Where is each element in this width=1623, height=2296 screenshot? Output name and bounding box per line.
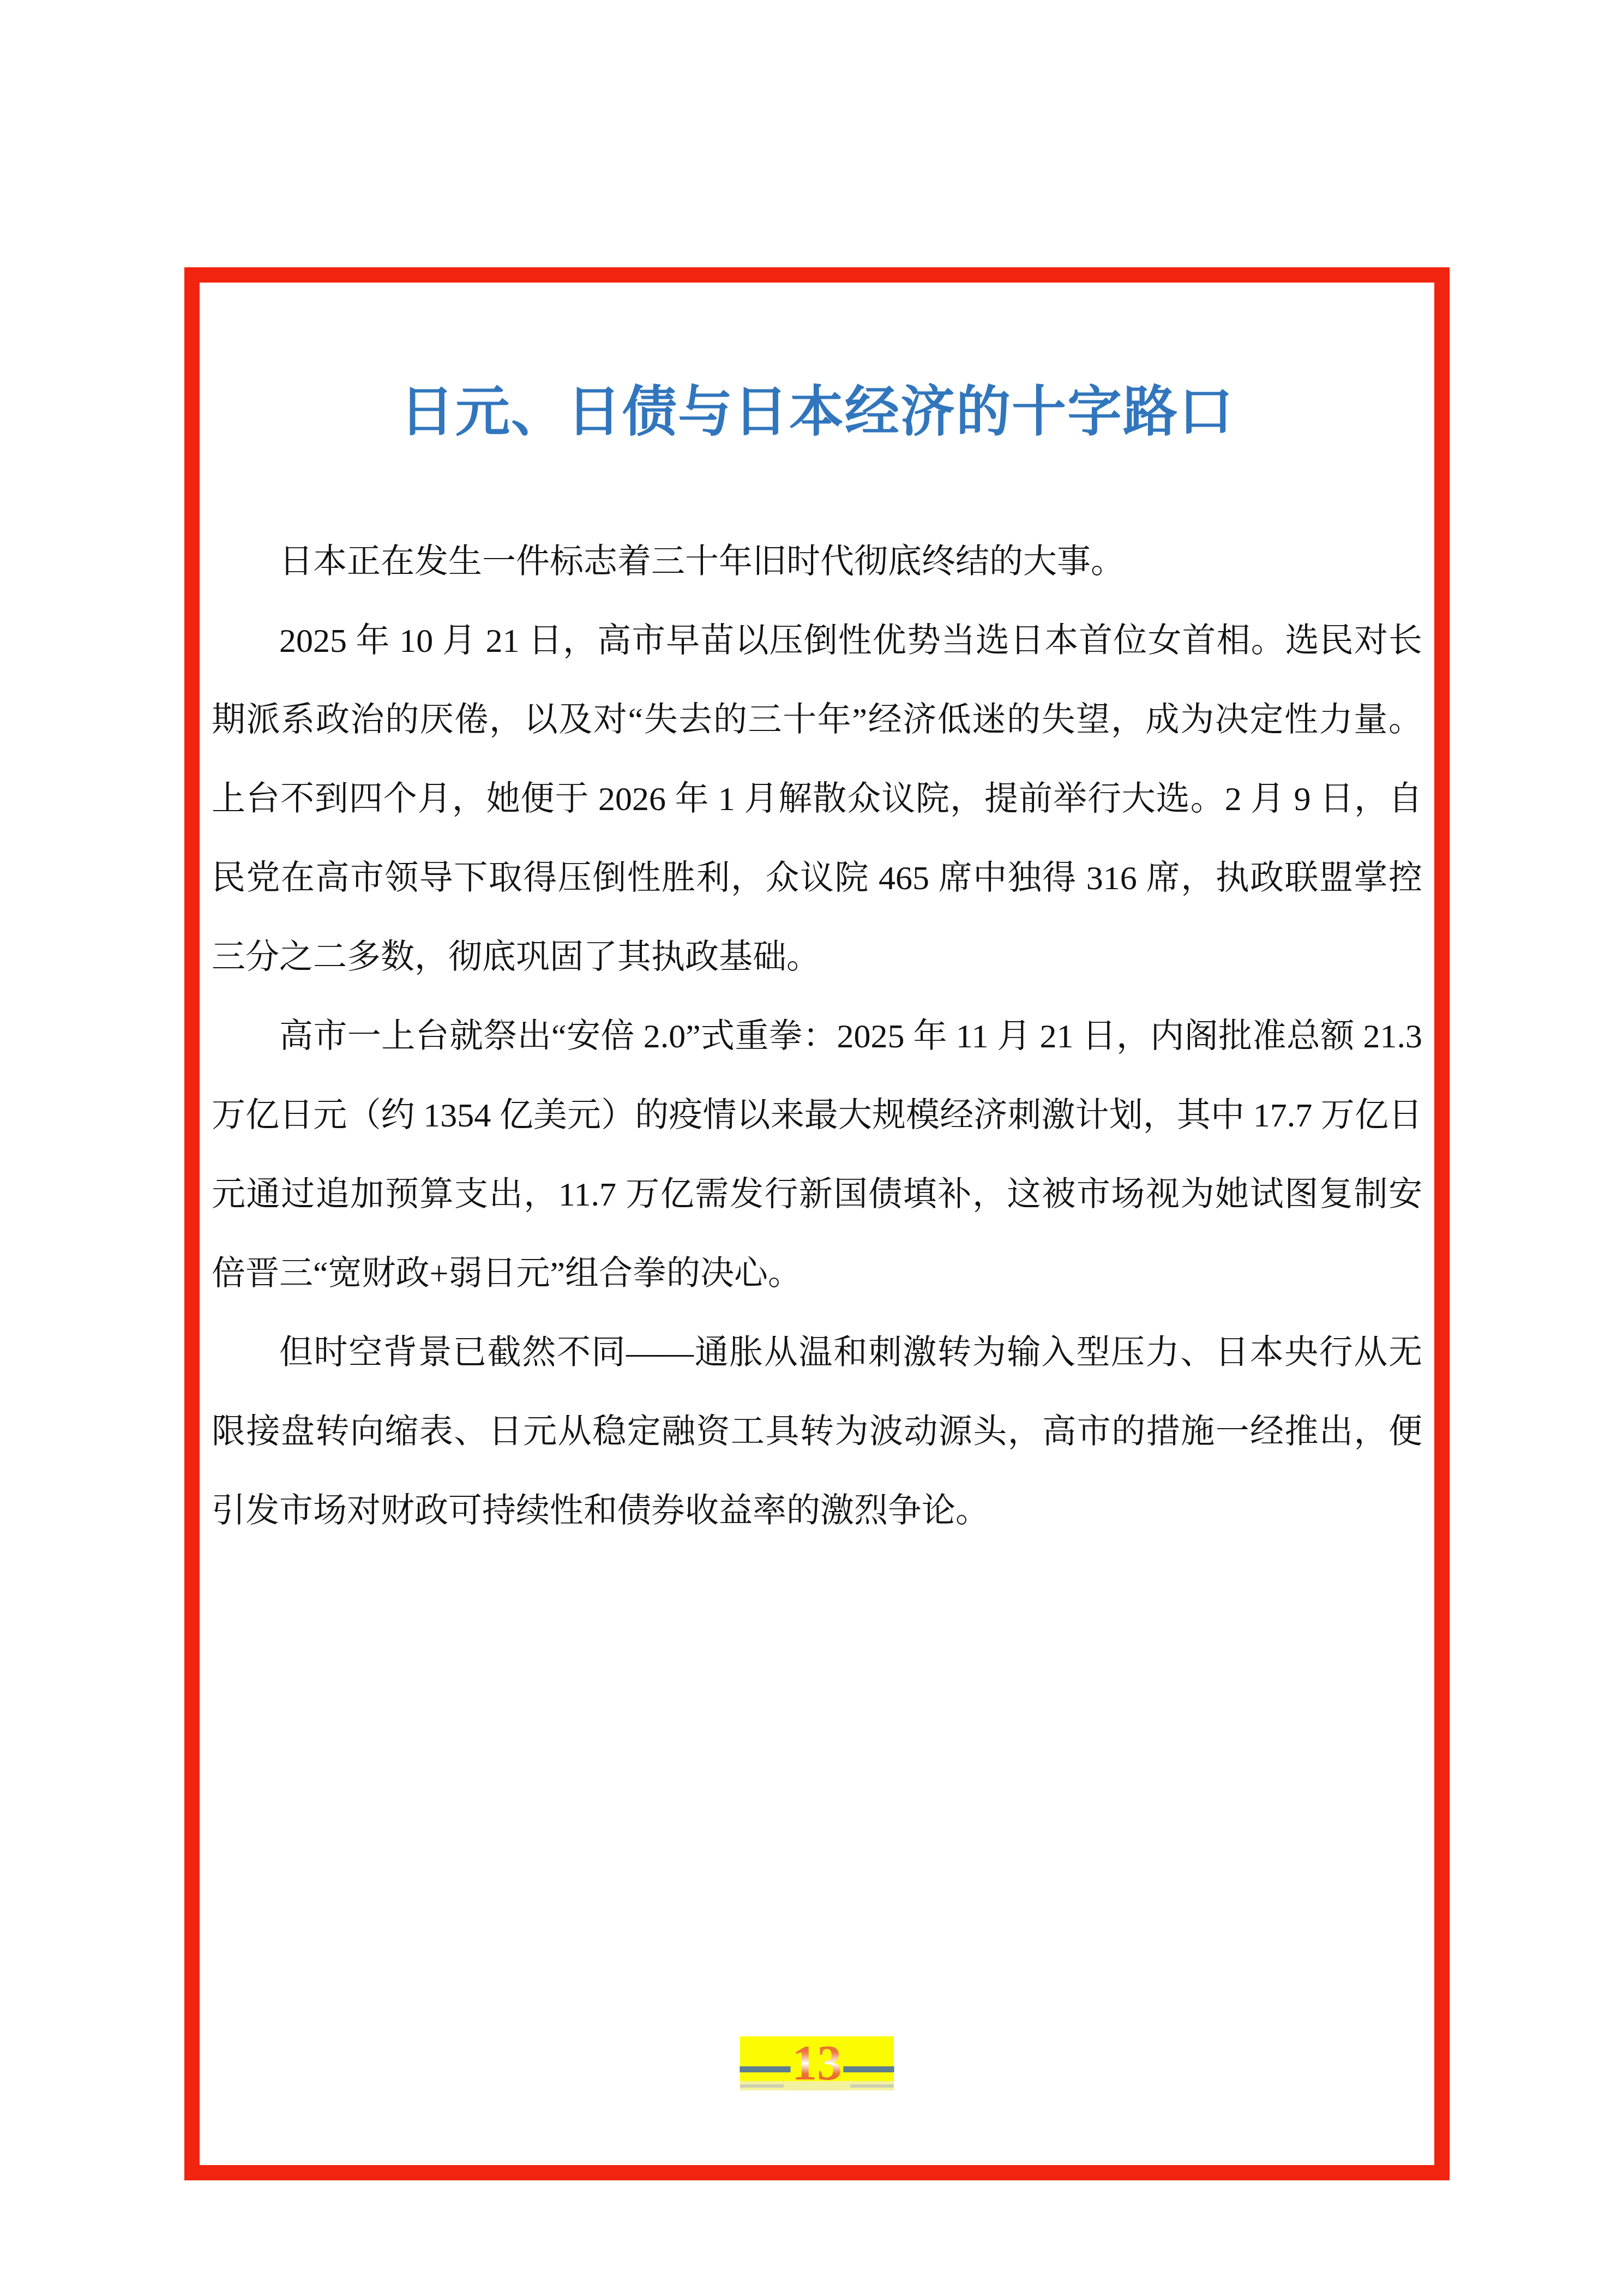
paragraph-election: 2025 年 10 月 21 日，高市早苗以压倒性优势当选日本首位女首相。选民对… [212, 602, 1422, 997]
paragraph-contrast: 但时空背景已截然不同——通胀从温和刺激转为输入型压力、日本央行从无限接盘转向缩表… [212, 1314, 1422, 1551]
red-page-border: 日元、日债与日本经济的十字路口 日本正在发生一件标志着三十年旧时代彻底终结的大事… [184, 267, 1450, 2180]
page-number: 13 [792, 2037, 842, 2088]
article-body: 日本正在发生一件标志着三十年旧时代彻底终结的大事。 2025 年 10 月 21… [200, 523, 1434, 1551]
paragraph-intro: 日本正在发生一件标志着三十年旧时代彻底终结的大事。 [212, 523, 1422, 602]
document-page: 日元、日债与日本经济的十字路口 日本正在发生一件标志着三十年旧时代彻底终结的大事… [0, 0, 1623, 2296]
paragraph-stimulus: 高市一上台就祭出“安倍 2.0”式重拳：2025 年 11 月 21 日，内阁批… [212, 997, 1422, 1314]
page-number-highlight: — 13 — [740, 2036, 894, 2090]
footer-left-dash: — [740, 2017, 790, 2102]
article-title: 日元、日债与日本经济的十字路口 [211, 381, 1423, 443]
footer-right-dash: — [844, 2017, 894, 2102]
